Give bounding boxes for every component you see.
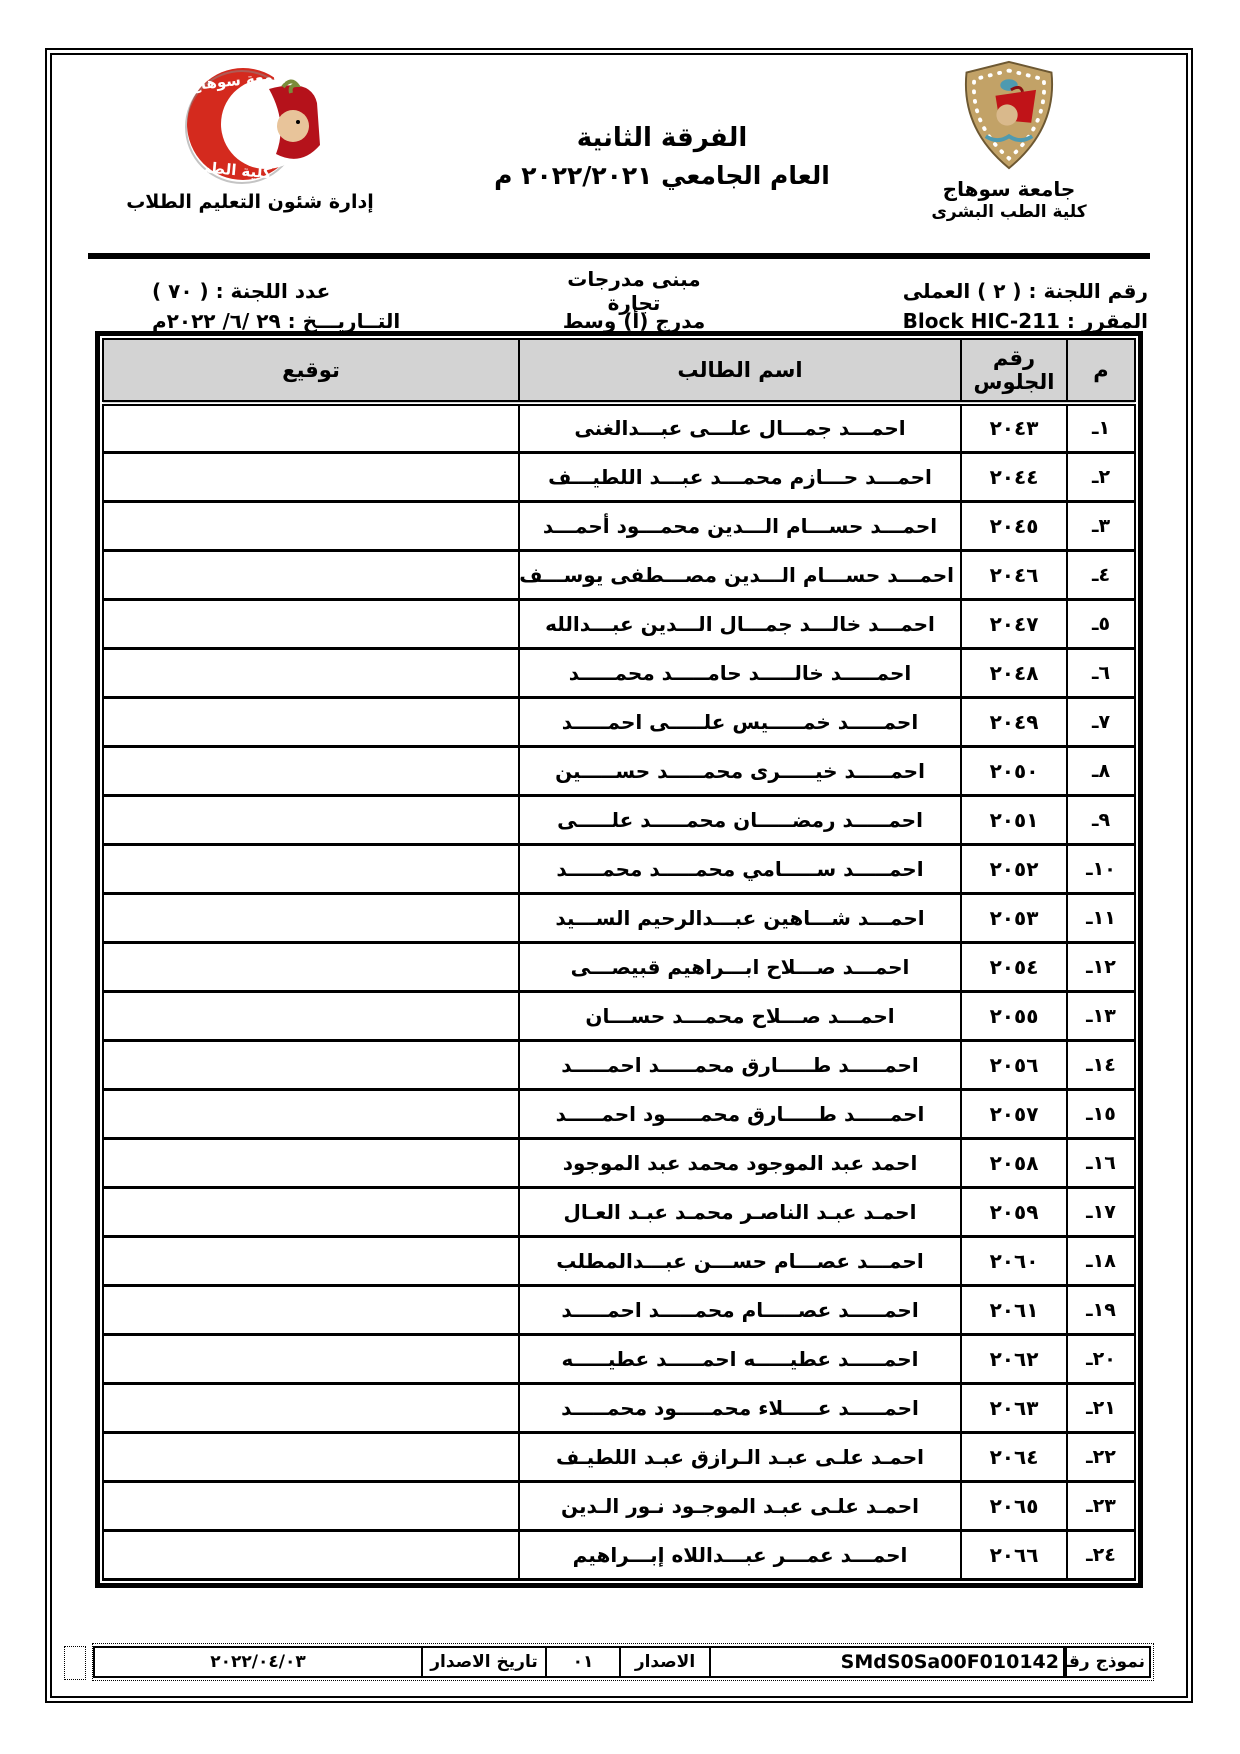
student-name-cell: احمـــد حســـام الـــدين مصـــطفى يوســـ… (519, 550, 961, 599)
academic-year-title: العام الجامعي ٢٠٢٢/٢٠٢١ م (462, 161, 862, 190)
info-row-1: رقم اللجنة : ( ٢ ) العملى مبنى مدرجات تج… (52, 267, 1186, 303)
signature-cell (103, 648, 519, 697)
seat-number-cell: ٢٠٥٢ (961, 844, 1067, 893)
row-index-cell: ٦ـ (1067, 648, 1135, 697)
signature-cell (103, 501, 519, 550)
header-divider (88, 253, 1150, 259)
seat-number-cell: ٢٠٥٣ (961, 893, 1067, 942)
seat-number-cell: ٢٠٦٦ (961, 1530, 1067, 1579)
row-index-cell: ٩ـ (1067, 795, 1135, 844)
table-row: ٤ـ٢٠٤٦احمـــد حســـام الـــدين مصـــطفى … (103, 550, 1135, 599)
committee-number: رقم اللجنة : ( ٢ ) العملى (708, 279, 1148, 303)
table-row: ١١ـ٢٠٥٣احمـــد شـــاهين عبـــدالرحيم الس… (103, 893, 1135, 942)
university-name: جامعة سوهاج (884, 177, 1134, 201)
seat-number-cell: ٢٠٤٥ (961, 501, 1067, 550)
faculty-name: كلية الطب البشرى (884, 202, 1134, 222)
table-row: ١٥ـ٢٠٥٧احمـــــد طـــــارق محمـــــود اح… (103, 1089, 1135, 1138)
student-name-cell: احمـــــد ســـــامي محمـــــد محمـــــد (519, 844, 961, 893)
signature-cell (103, 1432, 519, 1481)
signature-cell (103, 1481, 519, 1530)
seat-number-cell: ٢٠٦٤ (961, 1432, 1067, 1481)
table-row: ٨ـ٢٠٥٠احمـــــد خيـــــرى محمـــــد حســ… (103, 746, 1135, 795)
seat-number-cell: ٢٠٤٤ (961, 452, 1067, 501)
col-header-name: اسم الطالب (519, 339, 961, 403)
seat-number-cell: ٢٠٤٩ (961, 697, 1067, 746)
table-row: ١٧ـ٢٠٥٩احمـد عبـد الناصـر محمـد عبـد الع… (103, 1187, 1135, 1236)
student-name-cell: احمـــد حســـام الـــدين محمـــود أحمـــ… (519, 501, 961, 550)
student-name-cell: احمـــــد عطيـــــه احمـــــد عطيـــــه (519, 1334, 961, 1383)
version-value: ٠١ (545, 1646, 621, 1678)
seat-number-cell: ٢٠٤٧ (961, 599, 1067, 648)
form-number-label: نموذج رقم (1065, 1646, 1151, 1678)
header-title-block: الفرقة الثانية العام الجامعي ٢٠٢٢/٢٠٢١ م (462, 123, 862, 190)
version-label: الاصدار (619, 1646, 711, 1678)
row-index-cell: ٢٠ـ (1067, 1334, 1135, 1383)
signature-cell (103, 942, 519, 991)
student-name-cell: احمـد عبـد الناصـر محمـد عبـد العـال (519, 1187, 961, 1236)
header-right-block: جامعة سوهاج كلية الطب البشرى (884, 59, 1134, 222)
signature-cell (103, 403, 519, 452)
row-index-cell: ١ـ (1067, 403, 1135, 452)
col-header-signature: توقيع (103, 339, 519, 403)
form-code: SMdS0Sa00F010142 (709, 1646, 1065, 1678)
table-row: ٢١ـ٢٠٦٣احمـــــد عـــــلاء محمـــــود مح… (103, 1383, 1135, 1432)
student-name-cell: احمـــــد عـــــلاء محمـــــود محمـــــد (519, 1383, 961, 1432)
grade-title: الفرقة الثانية (462, 123, 862, 153)
student-name-cell: احمـد علـى عبـد الموجـود نـور الـدين (519, 1481, 961, 1530)
seat-number-cell: ٢٠٥٨ (961, 1138, 1067, 1187)
row-index-cell: ١٥ـ (1067, 1089, 1135, 1138)
seat-number-cell: ٢٠٥٤ (961, 942, 1067, 991)
row-index-cell: ٣ـ (1067, 501, 1135, 550)
table-row: ١٣ـ٢٠٥٥احمـــد صـــلاح محمـــد حســـان (103, 991, 1135, 1040)
hall-name: مدرج (أ) وسط (560, 309, 708, 333)
table-row: ٩ـ٢٠٥١احمـــــد رمضـــــان محمـــــد علـ… (103, 795, 1135, 844)
footer-form-strip: نموذج رقم SMdS0Sa00F010142 الاصدار ٠١ تا… (92, 1643, 1154, 1681)
table-row: ٢ـ٢٠٤٤احمـــد حـــازم محمـــد عبـــد الل… (103, 452, 1135, 501)
table-row: ١٨ـ٢٠٦٠احمـــد عصـــام حســـن عبـــدالمط… (103, 1236, 1135, 1285)
row-index-cell: ٥ـ (1067, 599, 1135, 648)
signature-cell (103, 452, 519, 501)
row-index-cell: ٤ـ (1067, 550, 1135, 599)
col-header-index: م (1067, 339, 1135, 403)
row-index-cell: ١٣ـ (1067, 991, 1135, 1040)
row-index-cell: ١٦ـ (1067, 1138, 1135, 1187)
signature-cell (103, 893, 519, 942)
seat-number-cell: ٢٠٦٠ (961, 1236, 1067, 1285)
department-label: إدارة شئون التعليم الطلاب (100, 191, 400, 213)
seat-number-cell: ٢٠٤٣ (961, 403, 1067, 452)
crescent-medicine-logo-icon: جامعة سوهاج كلية الطب (145, 170, 355, 189)
row-index-cell: ١١ـ (1067, 893, 1135, 942)
seat-number-cell: ٢٠٥٠ (961, 746, 1067, 795)
student-name-cell: احمـــد صـــلاح ابـــراهيم قبيصـــى (519, 942, 961, 991)
signature-cell (103, 1236, 519, 1285)
header-left-block: جامعة سوهاج كلية الطب إدارة شئون التعليم… (100, 63, 400, 213)
table-row: ١٠ـ٢٠٥٢احمـــــد ســـــامي محمـــــد محم… (103, 844, 1135, 893)
student-name-cell: احمـــــد خيـــــرى محمـــــد حســـــين (519, 746, 961, 795)
seat-number-cell: ٢٠٥٥ (961, 991, 1067, 1040)
attendance-table-wrap: م رقم الجلوس اسم الطالب توقيع ١ـ٢٠٤٣احمـ… (95, 331, 1143, 1588)
seat-number-cell: ٢٠٦٣ (961, 1383, 1067, 1432)
table-row: ١٢ـ٢٠٥٤احمـــد صـــلاح ابـــراهيم قبيصــ… (103, 942, 1135, 991)
student-name-cell: احمـــــد عصـــــام محمـــــد احمـــــد (519, 1285, 961, 1334)
table-row: ٢٣ـ٢٠٦٥احمـد علـى عبـد الموجـود نـور الـ… (103, 1481, 1135, 1530)
table-row: ٣ـ٢٠٤٥احمـــد حســـام الـــدين محمـــود … (103, 501, 1135, 550)
student-name-cell: احمـد علـى عبـد الـرازق عبـد اللطيـف (519, 1432, 961, 1481)
exam-date: التــاريـــخ : ٢٩ /٦/ ٢٠٢٢م (90, 309, 560, 333)
exam-attendance-sheet: جامعة سوهاج كلية الطب إدارة شئون التعليم… (0, 0, 1240, 1754)
student-name-cell: احمـــد عصـــام حســـن عبـــدالمطلب (519, 1236, 961, 1285)
seat-number-cell: ٢٠٦٥ (961, 1481, 1067, 1530)
student-name-cell: احمـــد شـــاهين عبـــدالرحيم الســـيد (519, 893, 961, 942)
signature-cell (103, 795, 519, 844)
row-index-cell: ١٩ـ (1067, 1285, 1135, 1334)
page-border-frame: جامعة سوهاج كلية الطب إدارة شئون التعليم… (45, 48, 1193, 1703)
student-name-cell: احمـــد جمـــال علـــى عبـــدالغنى (519, 403, 961, 452)
row-index-cell: ١٢ـ (1067, 942, 1135, 991)
building-name: مبنى مدرجات تجارة (560, 267, 708, 315)
signature-cell (103, 697, 519, 746)
student-name-cell: احمـــد عمـــر عبـــداللاه إبـــراهيم (519, 1530, 961, 1579)
table-row: ٢٢ـ٢٠٦٤احمـد علـى عبـد الـرازق عبـد اللط… (103, 1432, 1135, 1481)
seat-number-cell: ٢٠٤٨ (961, 648, 1067, 697)
attendance-table: م رقم الجلوس اسم الطالب توقيع ١ـ٢٠٤٣احمـ… (102, 338, 1136, 1581)
table-row: ٢٤ـ٢٠٦٦احمـــد عمـــر عبـــداللاه إبـــر… (103, 1530, 1135, 1579)
student-name-cell: احمـــــد خمـــــيس علـــــى احمـــــد (519, 697, 961, 746)
table-row: ٦ـ٢٠٤٨احمـــــد خالـــــد حامـــــد محمـ… (103, 648, 1135, 697)
footer-block: نموذج رقم SMdS0Sa00F010142 الاصدار ٠١ تا… (52, 1643, 1186, 1687)
col-header-seat: رقم الجلوس (961, 339, 1067, 403)
student-name-cell: احمـــد حـــازم محمـــد عبـــد اللطيـــف (519, 452, 961, 501)
issue-date-label: تاريخ الاصدار (421, 1646, 547, 1678)
signature-cell (103, 1530, 519, 1579)
signature-cell (103, 1383, 519, 1432)
row-index-cell: ٨ـ (1067, 746, 1135, 795)
row-index-cell: ٧ـ (1067, 697, 1135, 746)
signature-cell (103, 1285, 519, 1334)
row-index-cell: ٢ـ (1067, 452, 1135, 501)
student-table-body: ١ـ٢٠٤٣احمـــد جمـــال علـــى عبـــدالغنى… (103, 403, 1135, 1579)
seat-number-cell: ٢٠٥٦ (961, 1040, 1067, 1089)
signature-cell (103, 844, 519, 893)
seat-number-cell: ٢٠٤٦ (961, 550, 1067, 599)
seat-number-cell: ٢٠٦٢ (961, 1334, 1067, 1383)
signature-cell (103, 1138, 519, 1187)
seat-number-cell: ٢٠٥٩ (961, 1187, 1067, 1236)
row-index-cell: ١٤ـ (1067, 1040, 1135, 1089)
exam-info-block: رقم اللجنة : ( ٢ ) العملى مبنى مدرجات تج… (52, 267, 1186, 339)
signature-cell (103, 1089, 519, 1138)
row-index-cell: ١٠ـ (1067, 844, 1135, 893)
row-index-cell: ٢٣ـ (1067, 1481, 1135, 1530)
student-name-cell: احمـــــد طـــــارق محمـــــود احمـــــد (519, 1089, 961, 1138)
issue-date-value: ٢٠٢٢/٠٤/٠٣ (93, 1646, 423, 1678)
footer-corner-box (64, 1646, 86, 1680)
row-index-cell: ١٨ـ (1067, 1236, 1135, 1285)
student-name-cell: احمد عبد الموجود محمد عبد الموجود (519, 1138, 961, 1187)
student-name-cell: احمـــــد خالـــــد حامـــــد محمـــــد (519, 648, 961, 697)
table-row: ١٤ـ٢٠٥٦احمـــــد طـــــارق محمـــــد احم… (103, 1040, 1135, 1089)
seat-number-cell: ٢٠٦١ (961, 1285, 1067, 1334)
signature-cell (103, 1040, 519, 1089)
row-index-cell: ٢٢ـ (1067, 1432, 1135, 1481)
table-row: ١٦ـ٢٠٥٨احمد عبد الموجود محمد عبد الموجود (103, 1138, 1135, 1187)
table-row: ٥ـ٢٠٤٧احمـــد خالـــد جمـــال الـــدين ع… (103, 599, 1135, 648)
signature-cell (103, 746, 519, 795)
table-row: ١٩ـ٢٠٦١احمـــــد عصـــــام محمـــــد احم… (103, 1285, 1135, 1334)
signature-cell (103, 599, 519, 648)
table-row: ٢٠ـ٢٠٦٢احمـــــد عطيـــــه احمـــــد عطي… (103, 1334, 1135, 1383)
student-name-cell: احمـــد خالـــد جمـــال الـــدين عبـــدا… (519, 599, 961, 648)
table-row: ١ـ٢٠٤٣احمـــد جمـــال علـــى عبـــدالغنى (103, 403, 1135, 452)
signature-cell (103, 550, 519, 599)
row-index-cell: ١٧ـ (1067, 1187, 1135, 1236)
row-index-cell: ٢٤ـ (1067, 1530, 1135, 1579)
committee-count: عدد اللجنة : ( ٧٠ ) (90, 279, 560, 303)
student-name-cell: احمـــد صـــلاح محمـــد حســـان (519, 991, 961, 1040)
signature-cell (103, 1334, 519, 1383)
shield-university-logo-icon (951, 156, 1067, 175)
seat-number-cell: ٢٠٥١ (961, 795, 1067, 844)
signature-cell (103, 991, 519, 1040)
course-code: المقرر : Block HIC-211 (708, 309, 1148, 333)
student-name-cell: احمـــــد رمضـــــان محمـــــد علـــــى (519, 795, 961, 844)
table-row: ٧ـ٢٠٤٩احمـــــد خمـــــيس علـــــى احمــ… (103, 697, 1135, 746)
student-name-cell: احمـــــد طـــــارق محمـــــد احمـــــد (519, 1040, 961, 1089)
signature-cell (103, 1187, 519, 1236)
seat-number-cell: ٢٠٥٧ (961, 1089, 1067, 1138)
table-header-row: م رقم الجلوس اسم الطالب توقيع (103, 339, 1135, 403)
row-index-cell: ٢١ـ (1067, 1383, 1135, 1432)
